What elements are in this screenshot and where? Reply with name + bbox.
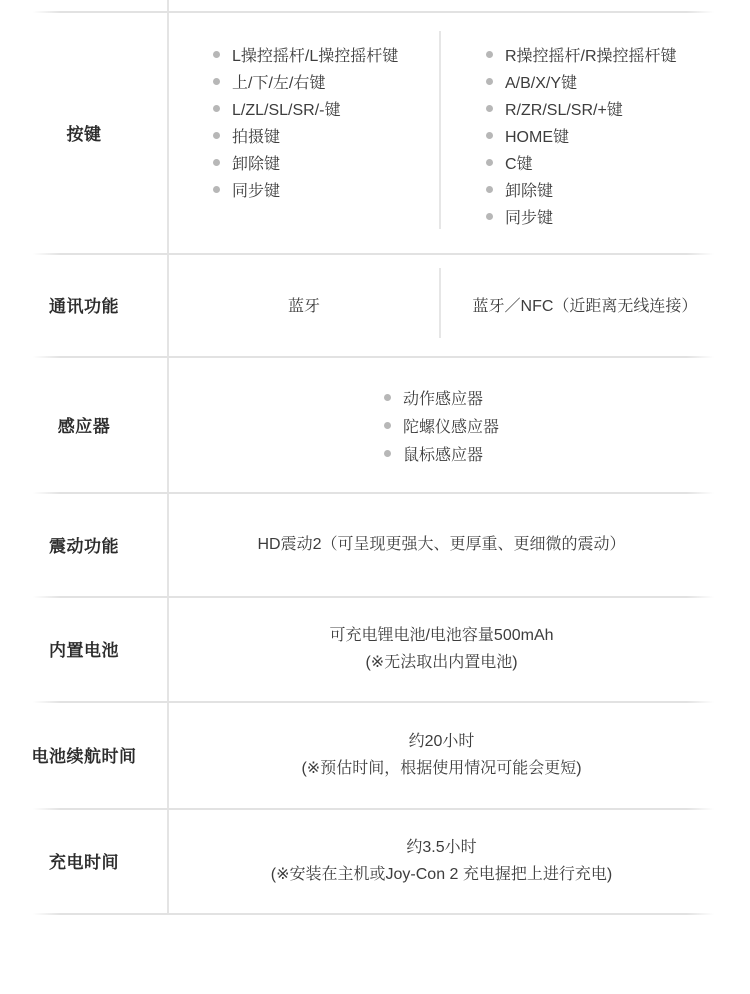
- list-item-label: R操控摇杆/R操控摇杆键: [505, 43, 677, 66]
- bullet-icon: [486, 186, 493, 193]
- spec-row-buttons: 按键 L操控摇杆/L操控摇杆键 上/下/左/右键 L/ZL/SL/SR/-键 拍…: [0, 11, 750, 253]
- list-item-label: 上/下/左/右键: [232, 70, 325, 93]
- right-joycon-cell: R操控摇杆/R操控摇杆键 A/B/X/Y键 R/ZR/SL/SR/+键 HOME…: [440, 11, 750, 253]
- right-joycon-communication: 蓝牙／NFC（近距离无线连接）: [440, 253, 750, 356]
- spec-table: 按键 L操控摇杆/L操控摇杆键 上/下/左/右键 L/ZL/SL/SR/-键 拍…: [0, 11, 750, 913]
- list-item: 动作感应器: [384, 383, 499, 411]
- row-label-battery: 内置电池: [0, 596, 168, 701]
- battery-life-content: 约20小时 (※预估时间，根据使用情况可能会更短): [168, 701, 750, 808]
- battery-text-line2: (※无法取出内置电池): [365, 649, 517, 676]
- list-item: 同步键: [213, 176, 440, 203]
- battery-content: 可充电锂电池/电池容量500mAh (※无法取出内置电池): [168, 596, 750, 701]
- list-item: HOME键: [486, 122, 750, 149]
- list-item: L操控摇杆/L操控摇杆键: [213, 41, 440, 68]
- communication-column-divider: [439, 268, 441, 338]
- list-item: 同步键: [486, 203, 750, 230]
- sensors-content: 动作感应器 陀螺仪感应器 鼠标感应器: [168, 356, 750, 492]
- buttons-content: L操控摇杆/L操控摇杆键 上/下/左/右键 L/ZL/SL/SR/-键 拍摄键 …: [168, 11, 750, 253]
- list-item: R操控摇杆/R操控摇杆键: [486, 41, 750, 68]
- spec-row-sensors: 感应器 动作感应器 陀螺仪感应器 鼠标感应器: [0, 356, 750, 492]
- left-joycon-buttons-list: L操控摇杆/L操控摇杆键 上/下/左/右键 L/ZL/SL/SR/-键 拍摄键 …: [168, 11, 440, 203]
- bullet-icon: [486, 213, 493, 220]
- bullet-icon: [384, 394, 391, 401]
- vibration-content: HD震动2（可呈现更强大、更厚重、更细微的震动）: [168, 492, 750, 596]
- row-label-buttons: 按键: [0, 11, 168, 253]
- list-item-label: 卸除键: [232, 151, 280, 174]
- list-item: 陀螺仪感应器: [384, 411, 499, 439]
- list-item-label: 同步键: [232, 178, 280, 201]
- row-label-vibration: 震动功能: [0, 492, 168, 596]
- list-item-label: 陀螺仪感应器: [403, 414, 499, 437]
- bullet-icon: [486, 51, 493, 58]
- left-joycon-cell: L操控摇杆/L操控摇杆键 上/下/左/右键 L/ZL/SL/SR/-键 拍摄键 …: [168, 11, 440, 253]
- list-item: 拍摄键: [213, 122, 440, 149]
- list-item-label: 卸除键: [505, 178, 553, 201]
- list-item: 卸除键: [213, 149, 440, 176]
- list-item: L/ZL/SL/SR/-键: [213, 95, 440, 122]
- list-item: 上/下/左/右键: [213, 68, 440, 95]
- list-item: R/ZR/SL/SR/+键: [486, 95, 750, 122]
- bullet-icon: [213, 186, 220, 193]
- list-item: C键: [486, 149, 750, 176]
- bullet-icon: [213, 78, 220, 85]
- charging-time-text-line1: 约3.5小时: [406, 834, 476, 861]
- sensors-list: 动作感应器 陀螺仪感应器 鼠标感应器: [384, 381, 499, 467]
- bullet-icon: [213, 132, 220, 139]
- row-label-communication: 通讯功能: [0, 253, 168, 356]
- spec-row-battery: 内置电池 可充电锂电池/电池容量500mAh (※无法取出内置电池): [0, 596, 750, 701]
- row-label-sensors: 感应器: [0, 356, 168, 492]
- list-item-label: HOME键: [505, 124, 569, 147]
- list-item-label: 鼠标感应器: [403, 442, 483, 465]
- charging-time-text-line2: (※安装在主机或Joy-Con 2 充电握把上进行充电): [271, 861, 612, 888]
- bullet-icon: [384, 422, 391, 429]
- bullet-icon: [213, 51, 220, 58]
- spec-row-communication: 通讯功能 蓝牙 蓝牙／NFC（近距离无线连接）: [0, 253, 750, 356]
- left-joycon-communication: 蓝牙: [168, 253, 440, 356]
- bullet-icon: [384, 450, 391, 457]
- list-item: 卸除键: [486, 176, 750, 203]
- list-item-label: R/ZR/SL/SR/+键: [505, 97, 623, 120]
- bullet-icon: [486, 105, 493, 112]
- spec-page: 按键 L操控摇杆/L操控摇杆键 上/下/左/右键 L/ZL/SL/SR/-键 拍…: [0, 0, 750, 994]
- list-item-label: A/B/X/Y键: [505, 70, 577, 93]
- bullet-icon: [213, 105, 220, 112]
- spec-row-charging-time: 充电时间 约3.5小时 (※安装在主机或Joy-Con 2 充电握把上进行充电): [0, 808, 750, 913]
- battery-life-text-line2: (※预估时间，根据使用情况可能会更短): [301, 755, 581, 782]
- spec-row-vibration: 震动功能 HD震动2（可呈现更强大、更厚重、更细微的震动）: [0, 492, 750, 596]
- battery-life-text-line1: 约20小时: [409, 728, 475, 755]
- bullet-icon: [486, 132, 493, 139]
- bullet-icon: [486, 78, 493, 85]
- row-label-charging-time: 充电时间: [0, 808, 168, 913]
- list-item-label: L操控摇杆/L操控摇杆键: [232, 43, 398, 66]
- list-item-label: 动作感应器: [403, 386, 483, 409]
- battery-text-line1: 可充电锂电池/电池容量500mAh: [329, 622, 553, 649]
- list-item: 鼠标感应器: [384, 439, 499, 467]
- charging-time-content: 约3.5小时 (※安装在主机或Joy-Con 2 充电握把上进行充电): [168, 808, 750, 913]
- spec-row-battery-life: 电池续航时间 约20小时 (※预估时间，根据使用情况可能会更短): [0, 701, 750, 808]
- vibration-text: HD震动2（可呈现更强大、更厚重、更细微的震动）: [257, 531, 625, 558]
- list-item-label: C键: [505, 151, 533, 174]
- bullet-icon: [213, 159, 220, 166]
- list-item-label: L/ZL/SL/SR/-键: [232, 97, 340, 120]
- communication-content: 蓝牙 蓝牙／NFC（近距离无线连接）: [168, 253, 750, 356]
- bullet-icon: [486, 159, 493, 166]
- list-item-label: 同步键: [505, 205, 553, 228]
- buttons-column-divider: [439, 31, 441, 229]
- list-item-label: 拍摄键: [232, 124, 280, 147]
- right-joycon-buttons-list: R操控摇杆/R操控摇杆键 A/B/X/Y键 R/ZR/SL/SR/+键 HOME…: [440, 11, 750, 230]
- row-label-battery-life: 电池续航时间: [0, 701, 168, 808]
- list-item: A/B/X/Y键: [486, 68, 750, 95]
